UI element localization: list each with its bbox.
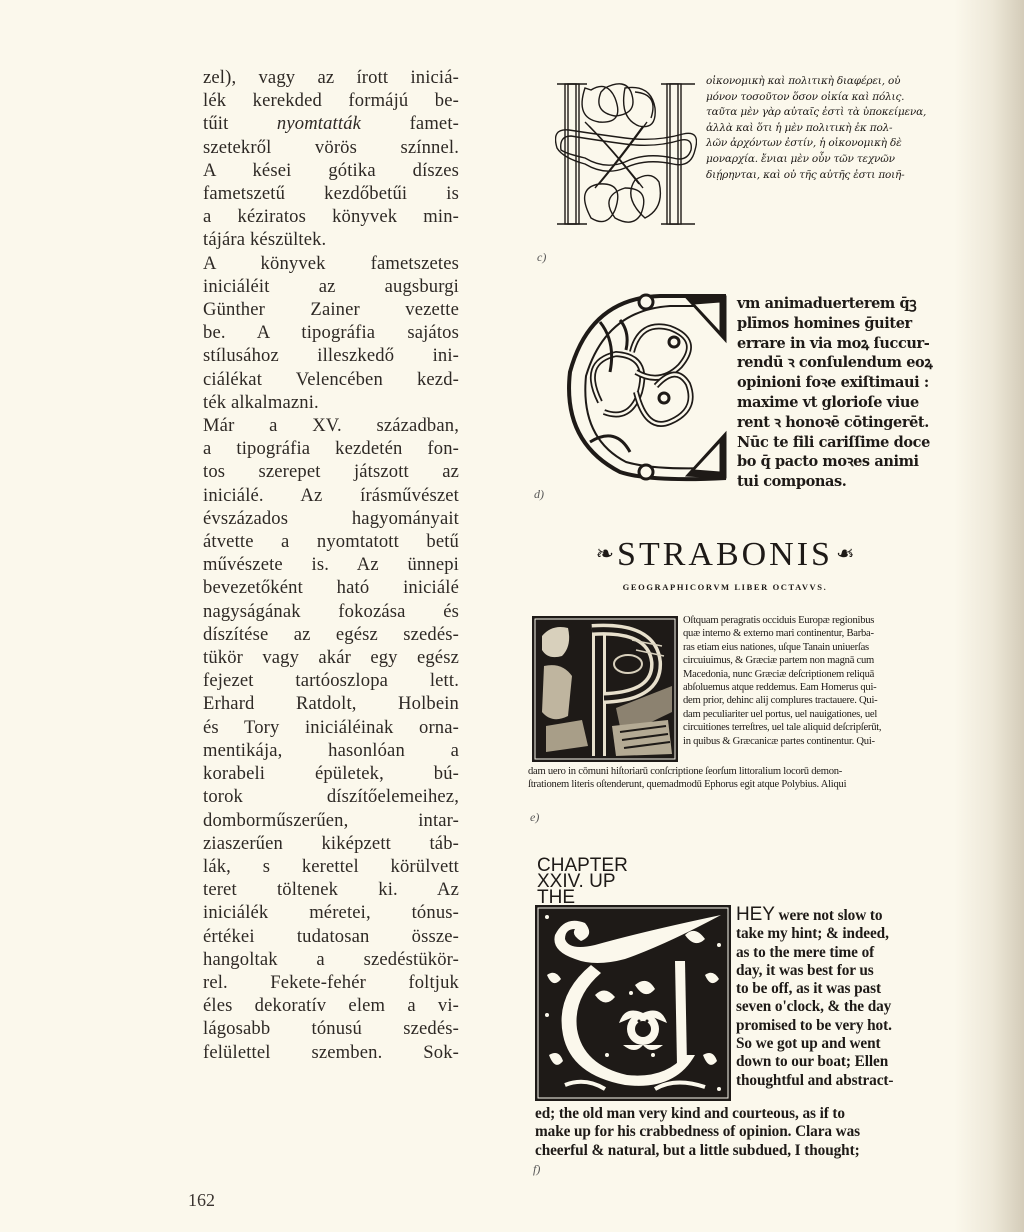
greek-text-block: οἰκονομικὴ καὶ πολιτικὴ διαφέρει, οὐ μόν…: [706, 74, 926, 183]
text-line: dam peculiariter uel portus, uel nauigat…: [683, 708, 881, 721]
text-line: Macedonia, nunc Græciæ deſcriptionem rel…: [683, 668, 881, 681]
text-line: vm animaduerterem q̄ꝫ: [737, 294, 932, 314]
text-line: rel. Fekete-fehér foltjuk: [203, 971, 459, 994]
text-line: maxime vt glorioſe viue: [737, 393, 932, 413]
text-line: ras etiam eius nationes, uſque Tanain un…: [683, 641, 881, 654]
text-line: as to the mere time of: [736, 944, 893, 962]
text-line: a tipográfia kezdetén fon-: [203, 437, 459, 460]
text-line: to be off, as it was past: [736, 980, 893, 998]
text-line: átvette a nyomtatott betű: [203, 530, 459, 553]
page-gutter-shadow: [954, 0, 1024, 1232]
text-line: in quibus & Græcanicæ partes continentur…: [683, 735, 881, 748]
text-line: értékei tudatosan össze-: [203, 925, 459, 948]
text-line: iniciáléit az augsburgi: [203, 275, 459, 298]
ornamental-c-initial-icon: [560, 292, 732, 482]
text-line: make up for his crabbedness of opinion. …: [535, 1123, 860, 1141]
text-line: bo q̄ pacto moꝛes animi: [737, 452, 932, 472]
text-line: be. A tipográfia sajátos: [203, 321, 459, 344]
text-line: rent ꝛ honoꝛē cōtingerēt.: [737, 413, 932, 433]
text-line: opinioni foꝛe exiſtimaui :: [737, 373, 932, 393]
floral-t-initial-icon: [535, 905, 731, 1101]
strabonis-title: ❧STRABONIS❧: [540, 536, 910, 574]
text-line: tui componas.: [737, 472, 932, 492]
text-line: errare in via moꝝ ſuccur-: [737, 334, 932, 354]
text-line: fametszetű kezdőbetűi is: [203, 182, 459, 205]
text-line: torok díszítőelemeihez,: [203, 785, 459, 808]
text-line: ték alkalmazni.: [203, 391, 459, 414]
text-line: a kéziratos könyvek min-: [203, 205, 459, 228]
text-line: So we got up and went: [736, 1035, 893, 1053]
body-text-column: zel), vagy az írott iniciá- lék kerekded…: [203, 66, 459, 1064]
text-line: lágosabb tónusú szedés-: [203, 1017, 459, 1040]
text-line: διῄρηνται, καὶ οὐ τῆς αὐτῆς ἐστι ποιῆ-: [706, 168, 926, 184]
text-line: Günther Zainer vezette: [203, 298, 459, 321]
text-line: λῶν ἀρχόντων ἐστίν, ἡ οἰκονομικὴ δὲ: [706, 136, 926, 152]
text-line: iniciálék méretei, tónus-: [203, 901, 459, 924]
body-paragraph: zel), vagy az írott iniciá- lék kerekded…: [203, 66, 459, 1064]
text-line: HEY were not slow to: [736, 906, 893, 925]
text-line: abſoluemus atque reddemus. Eam Homerus q…: [683, 681, 881, 694]
text-line: ταῦτα μὲν γὰρ αὐταῖς ἐστὶ τὰ ὑποκείμενα,: [706, 105, 926, 121]
example-label-f: f): [533, 1162, 540, 1177]
text-line: iniciálé. Az írásművészet: [203, 484, 459, 507]
italic-term: nyomtatták: [277, 113, 361, 134]
text-line: ἀλλὰ καὶ ὅτι ἡ μὲν πολιτικὴ ἐκ πολ-: [706, 121, 926, 137]
text-line: korabeli épületek, bú-: [203, 762, 459, 785]
text-line: mentikája, hasonlóan a: [203, 739, 459, 762]
kelmscott-text-block: HEY were not slow to take my hint; & ind…: [736, 906, 893, 1090]
fleuron-left-icon: ❧: [596, 541, 617, 566]
text-line: Oſtquam peragratis occiduis Europæ regio…: [683, 614, 881, 627]
text-line: bevezetőként ható iniciálé: [203, 576, 459, 599]
text-line: promised to be very hot.: [736, 1017, 893, 1035]
text-line: rendū ꝛ conſulendum eoꝝ: [737, 353, 932, 373]
text-line: díszítése az egész szedés-: [203, 623, 459, 646]
fleuron-right-icon: ❧: [833, 541, 854, 567]
text-line: cheerful & natural, but a little subdued…: [535, 1142, 860, 1160]
text-line: Erhard Ratdolt, Holbein: [203, 692, 459, 715]
roman-text-block-full: dam uero in cōmuni hiſtoriarū conſcripti…: [528, 765, 846, 792]
text-line: évszázados hagyományait: [203, 507, 459, 530]
title-text: STRABONIS: [617, 536, 833, 573]
text-line: A kései gótika díszes: [203, 159, 459, 182]
text-line: tükör vagy akár egy egész: [203, 646, 459, 669]
text-line: fejezet tartóoszlopa lett.: [203, 669, 459, 692]
text-line: day, it was best for us: [736, 962, 893, 980]
text-line: circuiuimus, & Græciæ partem non magnā c…: [683, 654, 881, 667]
text-line: zel), vagy az írott iniciá-: [203, 66, 459, 89]
strabonis-subtitle: GEOGRAPHICORVM LIBER OCTAVVS.: [555, 582, 895, 592]
first-word: HEY: [736, 904, 775, 925]
text-line: teret töltenek ki. Az: [203, 878, 459, 901]
roman-text-block: Oſtquam peragratis occiduis Europæ regio…: [683, 614, 881, 748]
text-line: quæ interno & externo mari continentur, …: [683, 627, 881, 640]
text-line: hangoltak a szedéstükör-: [203, 948, 459, 971]
text-line: Már a XV. században,: [203, 414, 459, 437]
text-line: tűit nyomtatták famet-: [203, 112, 459, 135]
text-line: ſtrationem literis oſtenderunt, quemadmo…: [528, 778, 846, 791]
text-line: lék kerekded formájú be-: [203, 89, 459, 112]
example-label-c: c): [537, 250, 546, 265]
text-fragment: famet-: [361, 113, 459, 134]
text-line: művészete is. Az ünnepi: [203, 553, 459, 576]
text-line: tájára készültek.: [203, 228, 459, 251]
text-line: μόνον τοσοῦτον ὅσον οἰκία καὶ πόλις.: [706, 90, 926, 106]
text-line: seven o'clock, & the day: [736, 998, 893, 1016]
text-line: éles dekoratív elem a vi-: [203, 994, 459, 1017]
text-line: és Tory iniciáléinak orna-: [203, 716, 459, 739]
example-label-d: d): [534, 487, 544, 502]
text-line: thoughtful and abstract-: [736, 1072, 893, 1090]
text-line: dombormű­szerűen, intar-: [203, 809, 459, 832]
page-number: 162: [188, 1190, 215, 1211]
text-line: ed; the old man very kind and courteous,…: [535, 1105, 860, 1123]
text-line: οἰκονομικὴ καὶ πολιτικὴ διαφέρει, οὐ: [706, 74, 926, 90]
woodcut-p-initial-icon: [532, 616, 678, 762]
text-line: A könyvek fametszetes: [203, 252, 459, 275]
text-line: circuitiones terreſtres, uel tale aliqui…: [683, 721, 881, 734]
text-line: plīmos homines ḡuiter: [737, 314, 932, 334]
text-line: tos szerepet játszott az: [203, 460, 459, 483]
text-fragment: tűit: [203, 113, 277, 134]
interlaced-h-initial-icon: [555, 78, 697, 230]
text-line: felülettel szemben. Sok-: [203, 1041, 459, 1064]
text-line: szetekről vörös színnel.: [203, 136, 459, 159]
text-line: dem prior, dehinc alij complures tractau…: [683, 694, 881, 707]
text-line: nagyságának fokozása és: [203, 600, 459, 623]
text-fragment: were not slow to: [775, 907, 883, 924]
text-line: stílusához illeszkedő ini-: [203, 344, 459, 367]
text-line: ciálékat Velencében kezd-: [203, 368, 459, 391]
text-line: down to our boat; Ellen: [736, 1053, 893, 1071]
kelmscott-text-block-full: ed; the old man very kind and courteous,…: [535, 1105, 860, 1160]
text-line: lák, s kerettel körülvett: [203, 855, 459, 878]
gothic-text-block: vm animaduerterem q̄ꝫ plīmos homines ḡui…: [737, 294, 932, 492]
text-line: take my hint; & indeed,: [736, 925, 893, 943]
text-line: μοναρχία. ἔνιαι μὲν οὖν τῶν τεχνῶν: [706, 152, 926, 168]
text-line: dam uero in cōmuni hiſtoriarū conſcripti…: [528, 765, 846, 778]
text-line: ziaszerűen kiképzett táb-: [203, 832, 459, 855]
text-line: Nūc te fili cariſſime doce: [737, 433, 932, 453]
example-label-e: e): [530, 810, 539, 825]
